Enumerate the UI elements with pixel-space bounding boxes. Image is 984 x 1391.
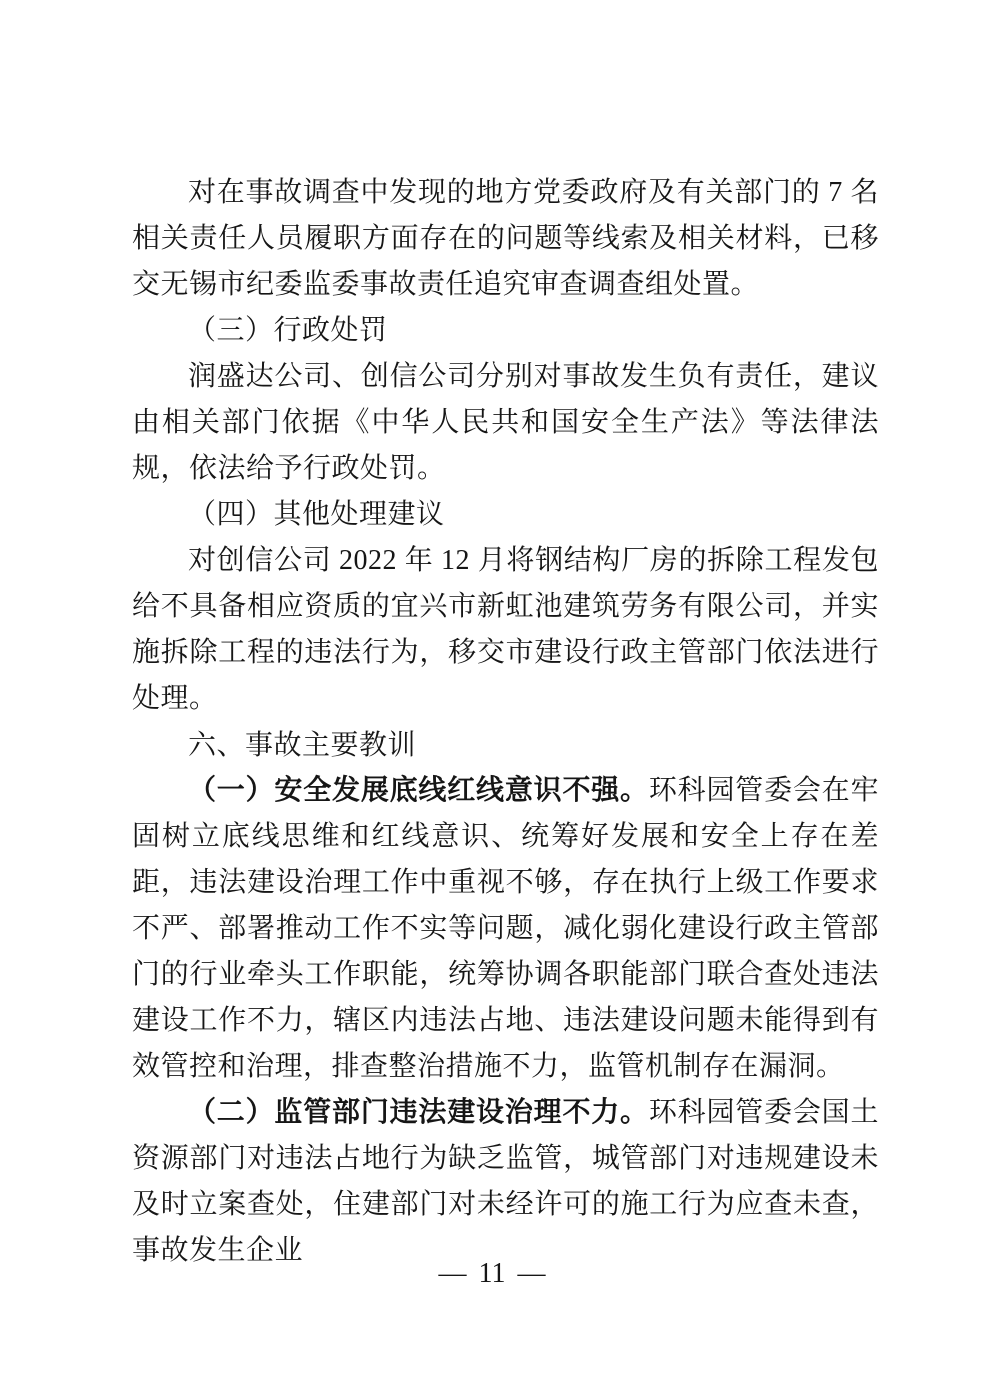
paragraph-referral: 对在事故调查中发现的地方党委政府及有关部门的 7 名相关责任人员履职方面存在的问…	[132, 170, 879, 308]
paragraph-other-suggestions: 对创信公司 2022 年 12 月将钢结构厂房的拆除工程发包给不具备相应资质的宜…	[132, 538, 879, 722]
footer-dash-left: —	[439, 1258, 467, 1289]
paragraph-lesson-1: （一）安全发展底线红线意识不强。环科园管委会在牢固树立底线思维和红线意识、统筹好…	[132, 768, 879, 1090]
subsection-heading-administrative-penalty: （三）行政处罚	[132, 308, 879, 354]
lesson-1-title: （一）安全发展底线红线意识不强。	[188, 775, 649, 806]
section-heading-main-lessons: 六、事故主要教训	[132, 722, 879, 768]
page-number: 11	[479, 1258, 506, 1289]
paragraph-administrative-penalty: 润盛达公司、创信公司分别对事故发生负有责任，建议由相关部门依据《中华人民共和国安…	[132, 354, 879, 492]
paragraph-lesson-2: （二）监管部门违法建设治理不力。环科园管委会国土资源部门对违法占地行为缺乏监管，…	[132, 1090, 879, 1274]
subsection-heading-other-suggestions: （四）其他处理建议	[132, 492, 879, 538]
lesson-1-text: 环科园管委会在牢固树立底线思维和红线意识、统筹好发展和安全上存在差距，违法建设治…	[132, 775, 879, 1082]
footer-dash-right: —	[517, 1258, 545, 1289]
document-page: 对在事故调查中发现的地方党委政府及有关部门的 7 名相关责任人员履职方面存在的问…	[0, 0, 984, 1391]
document-body: 对在事故调查中发现的地方党委政府及有关部门的 7 名相关责任人员履职方面存在的问…	[132, 170, 879, 1274]
lesson-2-title: （二）监管部门违法建设治理不力。	[188, 1097, 649, 1128]
page-footer: —11—	[0, 1254, 984, 1294]
